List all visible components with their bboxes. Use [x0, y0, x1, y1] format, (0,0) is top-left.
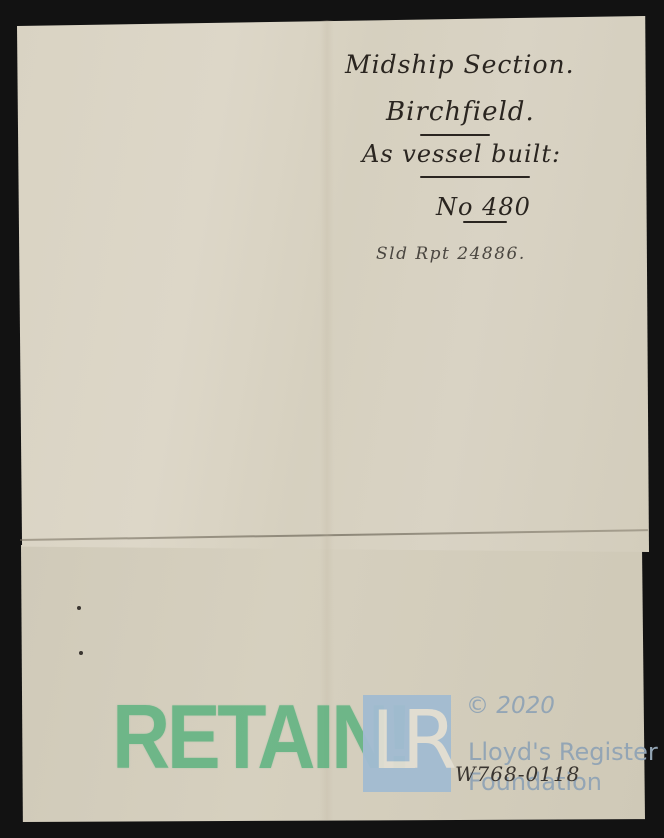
lr-logo-letters: LR: [371, 701, 443, 781]
status-underline: [420, 176, 530, 178]
handwritten-number: No 480: [436, 193, 531, 221]
pin-hole: [79, 651, 83, 655]
handwritten-title: Midship Section.: [345, 50, 575, 79]
handwritten-status: As vessel built:: [362, 140, 561, 168]
handwritten-report-ref: Sld Rpt 24886.: [376, 244, 526, 264]
ship-name-underline: [420, 134, 490, 136]
watermark-copyright: © 2020: [466, 693, 555, 719]
pin-hole: [77, 606, 81, 610]
catalog-reference-number: W768-0118: [455, 762, 580, 786]
handwritten-ship-name: Birchfield.: [386, 97, 535, 127]
number-underline: [463, 221, 507, 223]
lr-logo: LR: [363, 695, 451, 792]
